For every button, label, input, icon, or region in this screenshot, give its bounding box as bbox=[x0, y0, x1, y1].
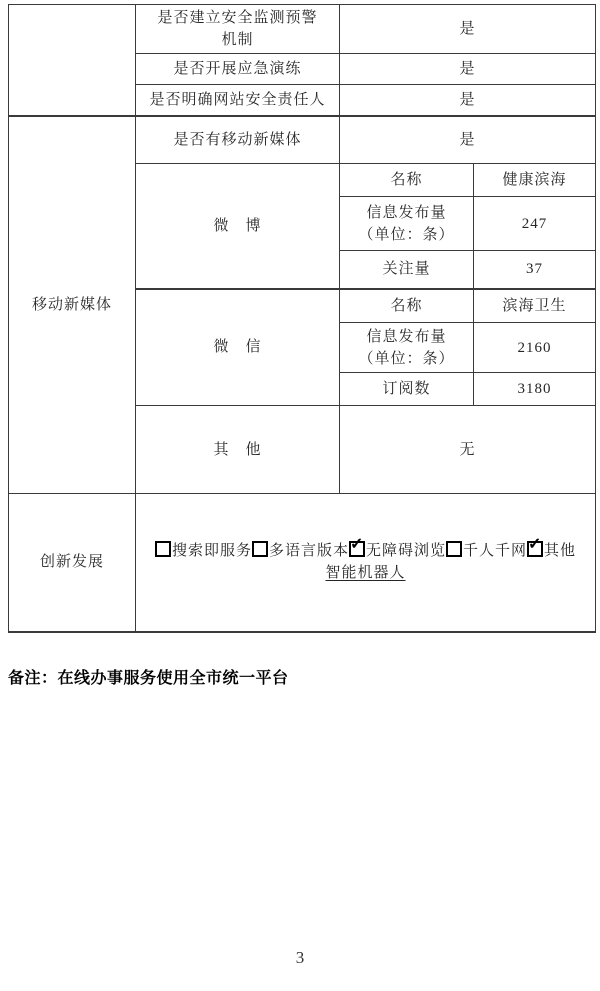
security-row-value: 是 bbox=[340, 5, 596, 54]
checkbox-checked-icon bbox=[349, 541, 365, 557]
checkbox-unchecked-icon bbox=[252, 541, 268, 557]
wechat-name-value: 滨海卫生 bbox=[474, 289, 596, 323]
other-media-value: 无 bbox=[340, 406, 596, 494]
mobile-media-section-label: 移动新媒体 bbox=[9, 116, 136, 494]
weibo-publish-label: 信息发布量 （单位：条） bbox=[340, 197, 474, 251]
weibo-label: 微 博 bbox=[136, 164, 340, 289]
checkbox-checked-icon bbox=[527, 541, 543, 557]
wechat-subscribers-label: 订阅数 bbox=[340, 373, 474, 406]
has-new-media-label: 是否有移动新媒体 bbox=[136, 116, 340, 164]
security-section-cell bbox=[9, 5, 136, 116]
weibo-name-label: 名称 bbox=[340, 164, 474, 197]
wechat-publish-label: 信息发布量 （单位：条） bbox=[340, 323, 474, 373]
weibo-followers-label: 关注量 bbox=[340, 251, 474, 289]
has-new-media-value: 是 bbox=[340, 116, 596, 164]
innovation-cell: 搜索即服务多语言版本无障碍浏览千人千网其他 智能机器人 bbox=[136, 494, 596, 632]
innovation-other-detail: 智能机器人 bbox=[326, 565, 406, 581]
innovation-option-label: 多语言版本 bbox=[269, 543, 349, 559]
note-text: 备注：在线办事服务使用全市统一平台 bbox=[8, 665, 600, 688]
security-row-value: 是 bbox=[340, 85, 596, 116]
other-media-label: 其 他 bbox=[136, 406, 340, 494]
security-row-label: 是否明确网站安全责任人 bbox=[136, 85, 340, 116]
checkbox-unchecked-icon bbox=[446, 541, 462, 557]
wechat-subscribers-value: 3180 bbox=[474, 373, 596, 406]
innovation-section-label: 创新发展 bbox=[9, 494, 136, 632]
report-table: 是否建立安全监测预警 机制 是 是否开展应急演练 是 是否明确网站安全责任人 是… bbox=[8, 4, 596, 633]
document-page: 是否建立安全监测预警 机制 是 是否开展应急演练 是 是否明确网站安全责任人 是… bbox=[0, 0, 600, 991]
wechat-publish-value: 2160 bbox=[474, 323, 596, 373]
innovation-option-label: 千人千网 bbox=[463, 543, 527, 559]
innovation-option-label: 无障碍浏览 bbox=[366, 543, 446, 559]
innovation-other-detail-line: 智能机器人 bbox=[139, 562, 592, 584]
security-row-value: 是 bbox=[340, 54, 596, 85]
innovation-option-label: 其他 bbox=[544, 543, 576, 559]
weibo-name-value: 健康滨海 bbox=[474, 164, 596, 197]
weibo-followers-value: 37 bbox=[474, 251, 596, 289]
innovation-options: 搜索即服务多语言版本无障碍浏览千人千网其他 bbox=[139, 540, 592, 562]
innovation-option-label: 搜索即服务 bbox=[172, 543, 252, 559]
checkbox-unchecked-icon bbox=[155, 541, 171, 557]
security-row-label: 是否开展应急演练 bbox=[136, 54, 340, 85]
security-row-label: 是否建立安全监测预警 机制 bbox=[136, 5, 340, 54]
wechat-name-label: 名称 bbox=[340, 289, 474, 323]
weibo-publish-value: 247 bbox=[474, 197, 596, 251]
page-number: 3 bbox=[0, 948, 600, 968]
wechat-label: 微 信 bbox=[136, 289, 340, 406]
